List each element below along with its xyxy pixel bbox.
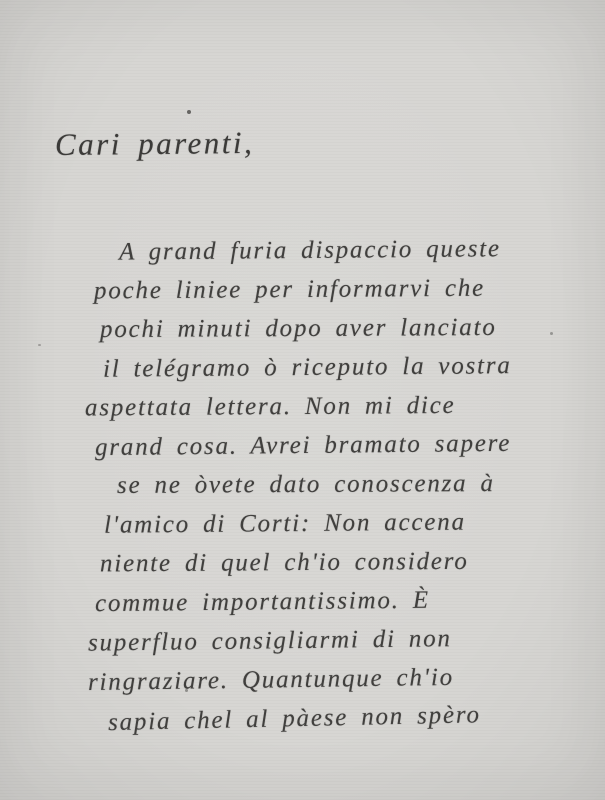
letter-line: poche liniee per informarvi che [0,268,605,311]
letter-line: pochi minuti dopo aver lanciato [0,307,605,349]
letter-line: l'amico di Corti: Non accena [0,501,605,545]
letter-page: Cari parenti, A grand furia dispaccio qu… [0,0,605,800]
letter-line: il telégramo ò riceputo la vostra [0,345,605,389]
letter-line: niente di quel ch'io considero [0,541,605,584]
letter-salutation: Cari parenti, [55,125,255,163]
letter-line: se ne òvete dato conoscenza à [0,463,605,505]
letter-line: aspettata lettera. Non mi dice [0,385,605,428]
letter-line: grand cosa. Avrei bramato sapere [0,423,605,468]
paper-speck [187,110,191,114]
letter-line: commue importantissimo. È [0,579,605,624]
letter-line: A grand furia dispaccio queste [0,228,605,272]
letter-body: A grand furia dispaccio queste poche lin… [0,231,605,738]
